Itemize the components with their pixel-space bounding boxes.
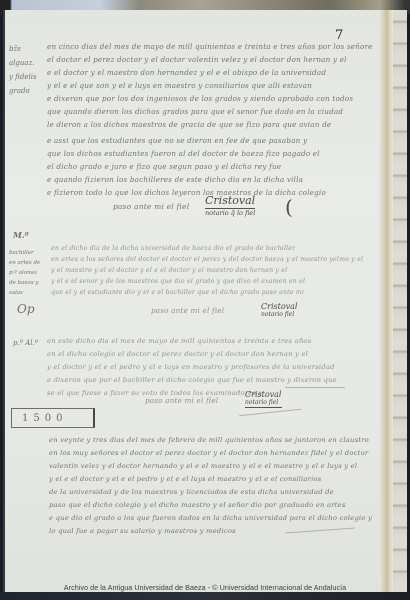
signature-1: Cristoval notario q̃ lo fiel	[205, 194, 255, 217]
manuscript-line: y el e el senor y de los maestros que di…	[51, 276, 376, 287]
manuscript-line: e assi que los estudiantes que no se die…	[47, 134, 372, 147]
manuscript-line: lo qual fue a pagar su salario y maestro…	[49, 525, 374, 538]
manuscript-line: que quando dieron los dichos grados para…	[47, 105, 372, 118]
manuscript-line: en este dicho dia el mes de mayo de mill…	[47, 335, 372, 348]
manuscript-line: paso que el dicho colegio y el dicho mae…	[49, 499, 374, 512]
margin-note-line: y fidelis	[9, 70, 37, 84]
manuscript-page: 7 bz̃s alguaz. y fidelis grado en cinco …	[3, 10, 407, 594]
margin-note-line: en artes de	[9, 258, 40, 268]
signature-name: Cristoval	[261, 302, 298, 311]
entry-end-rule	[285, 387, 345, 388]
scan-bottom-edge	[0, 592, 410, 600]
manuscript-line: y el maestro y el el doctor y el e el do…	[51, 265, 376, 276]
manuscript-line: e el doctor y el maestro don hernandez y…	[47, 66, 372, 79]
manuscript-line: y el e el que son y el e luys en maestro…	[47, 79, 372, 92]
manuscript-line: en el dicho dia de la dicha universidad …	[51, 243, 376, 254]
entry-4-text: en este dicho dia el mes de mayo de mill…	[47, 335, 372, 400]
manuscript-line: valentin velez y el doctor hernando y el…	[49, 460, 374, 473]
margin-note-line: alguaz.	[9, 56, 37, 70]
entry-5-text: en veynte y tres dias del mes de febrero…	[49, 434, 374, 538]
manuscript-line: en el dicho colegio el doctor el perez d…	[47, 348, 372, 361]
margin-note-fourth-mark: p.º Al.º	[13, 336, 38, 350]
signature-3: Cristoval notario fiel	[245, 390, 282, 408]
signature-title: notario q̃ lo fiel	[205, 209, 255, 217]
entry-2-text: en el dicho dia de la dicha universidad …	[51, 243, 376, 298]
margin-note-third-mark: Op	[17, 302, 35, 316]
margin-note-line: grado	[9, 84, 37, 98]
manuscript-line: e dixeron que por los dos ingeniosos de …	[47, 92, 372, 105]
margin-note-line: bachiller	[9, 248, 40, 258]
manuscript-line: que el y el estudiante dio y el e el bac…	[51, 287, 376, 298]
manuscript-line: que los dichos estudiantes fueron al del…	[47, 147, 372, 160]
archive-credit-footer: Archivo de la Antigua Universidad de Bae…	[0, 583, 410, 592]
margin-note-second-entry: bachiller en artes de p.º alonso de baez…	[9, 248, 40, 298]
signature-name: Cristoval	[205, 194, 255, 209]
manuscript-line: el dicho grado e juro e fizo que segun p…	[47, 160, 372, 173]
margin-note-line: salas	[9, 288, 40, 298]
attestation-3: paso ante mi el fiel	[145, 396, 218, 405]
signature-2: Cristoval notario fiel	[261, 302, 298, 318]
signature-title: notario fiel	[245, 399, 282, 408]
margin-note-line: de baeza y	[9, 278, 40, 288]
manuscript-line: y el doctor y el e el pedro y el e luys …	[47, 361, 372, 374]
entry-1-text: en cinco dias del mes de mayo de mill qu…	[47, 40, 372, 199]
manuscript-line: le dieron a los dichos maestros de graci…	[47, 118, 372, 131]
year-box: 1500	[11, 408, 95, 428]
margin-note-second-header: M.º	[13, 228, 29, 242]
manuscript-line: en los muy señores el doctor el perez do…	[49, 447, 374, 460]
manuscript-line: en artes a los señores del doctor el doc…	[51, 254, 376, 265]
manuscript-line: e quando fizieron los bachilleres de est…	[47, 173, 372, 186]
margin-note-first-entry: bz̃s alguaz. y fidelis grado	[9, 42, 37, 98]
signature-underline	[239, 409, 301, 416]
manuscript-line: y el e el doctor y el e el pedro y el e …	[49, 473, 374, 486]
signature-name: Cristoval	[245, 390, 282, 399]
manuscript-line: e que dio el grado a los que fueron dado…	[49, 512, 374, 525]
manuscript-line: en veynte y tres dias del mes de febrero…	[49, 434, 374, 447]
manuscript-line: e dixeron que por el bachiller el dicho …	[47, 374, 372, 387]
manuscript-line: de la universidad y de los maestros y li…	[49, 486, 374, 499]
attestation-1: paso ante mi el fiel	[113, 202, 189, 211]
signature-title: notario fiel	[261, 311, 298, 318]
page-fold-shadow	[379, 10, 393, 594]
margin-note-line: bz̃s	[9, 42, 37, 56]
page-binding-edge	[393, 10, 407, 594]
manuscript-line: el doctor el perez doctor y el doctor va…	[47, 53, 372, 66]
manuscript-line: en cinco dias del mes de mayo de mill qu…	[47, 40, 372, 53]
signature-flourish-mark: (	[285, 195, 293, 219]
attestation-2: paso ante mi el fiel	[151, 306, 224, 315]
margin-note-line: p.º alonso	[9, 268, 40, 278]
